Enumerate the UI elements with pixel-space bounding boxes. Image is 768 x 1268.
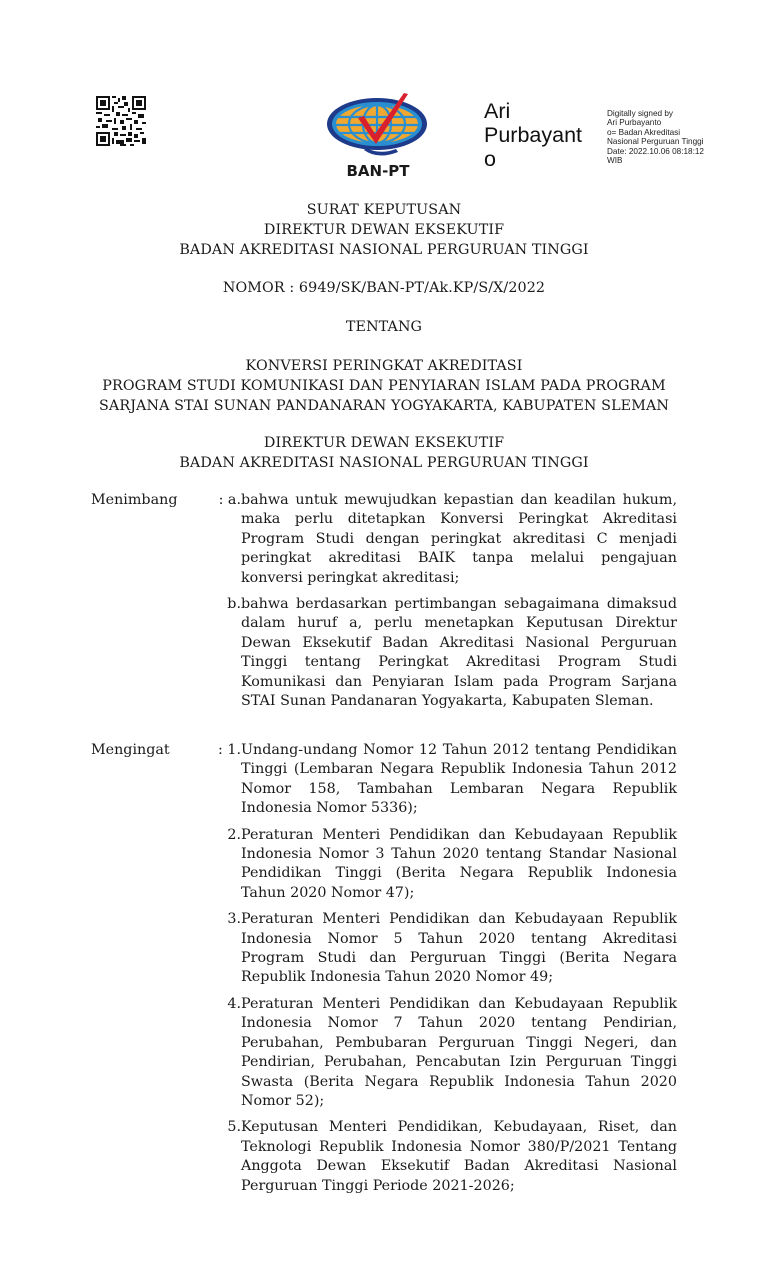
list-item: b. bahwa berdasarkan pertimbangan sebaga… [91,595,677,711]
list-item: 5. Keputusan Menteri Pendidikan, Kebuday… [91,1118,677,1196]
nomor-text: NOMOR : 6949/SK/BAN-PT/Ak.KP/S/X/2022 [0,278,768,298]
item-text: Peraturan Menteri Pendidikan dan Kebuday… [241,995,677,1111]
subject-line: PROGRAM STUDI KOMUNIKASI DAN PENYIARAN I… [0,376,768,396]
document-number: NOMOR : 6949/SK/BAN-PT/Ak.KP/S/X/2022 [0,278,768,298]
director-line: DIREKTUR DEWAN EKSEKUTIF [0,433,768,453]
signature-line: Ari Purbayanto [607,118,704,127]
director-line: BADAN AKREDITASI NASIONAL PERGURUAN TING… [0,453,768,473]
item-marker: : 1. [201,741,241,760]
document-title: SURAT KEPUTUSAN DIREKTUR DEWAN EKSEKUTIF… [0,200,768,260]
signature-line: Nasional Perguruan Tinggi [607,137,704,146]
signature-line: o= Badan Akreditasi [607,128,704,137]
director-heading: DIREKTUR DEWAN EKSEKUTIF BADAN AKREDITAS… [0,433,768,473]
title-line: DIREKTUR DEWAN EKSEKUTIF [0,220,768,240]
digital-signature-details: Digitally signed by Ari Purbayanto o= Ba… [607,109,704,165]
signature-line: WIB [607,156,704,165]
item-marker: 2. [213,826,241,845]
list-item: : a. bahwa untuk mewujudkan kepastian da… [91,491,677,588]
item-marker: 3. [213,910,241,929]
title-line: BADAN AKREDITASI NASIONAL PERGURUAN TING… [0,240,768,260]
list-item: 2. Peraturan Menteri Pendidikan dan Kebu… [91,826,677,904]
qr-code-icon [96,96,146,146]
item-text: bahwa berdasarkan pertimbangan sebagaima… [241,595,677,711]
document-subject: KONVERSI PERINGKAT AKREDITASI PROGRAM ST… [0,356,768,416]
list-item: 3. Peraturan Menteri Pendidikan dan Kebu… [91,910,677,988]
signature-line: Date: 2022.10.06 08:18:12 [607,147,704,156]
signer-name-line: Purbayant [484,123,582,147]
mengingat-section: Mengingat : 1. Undang-undang Nomor 12 Ta… [91,741,677,1196]
item-marker: 5. [213,1118,241,1137]
item-text: Peraturan Menteri Pendidikan dan Kebuday… [241,910,677,988]
logo-text: BAN-PT [346,162,410,180]
subject-line: SARJANA STAI SUNAN PANDANARAN YOGYAKARTA… [0,396,768,416]
signer-name-line: o [484,147,582,171]
signer-name-line: Ari [484,99,582,123]
item-text: Undang-undang Nomor 12 Tahun 2012 tentan… [241,741,677,819]
title-line: SURAT KEPUTUSAN [0,200,768,220]
list-item: : 1. Undang-undang Nomor 12 Tahun 2012 t… [91,741,677,819]
item-text: Peraturan Menteri Pendidikan dan Kebuday… [241,826,677,904]
item-marker: : a. [201,491,241,510]
tentang-text: TENTANG [0,317,768,337]
menimbang-section: Menimbang : a. bahwa untuk mewujudkan ke… [91,491,677,711]
item-marker: b. [213,595,241,614]
list-item: 4. Peraturan Menteri Pendidikan dan Kebu… [91,995,677,1111]
signature-line: Digitally signed by [607,109,704,118]
item-marker: 4. [213,995,241,1014]
subject-line: KONVERSI PERINGKAT AKREDITASI [0,356,768,376]
tentang-heading: TENTANG [0,317,768,337]
item-text: Keputusan Menteri Pendidikan, Kebudayaan… [241,1118,677,1196]
item-text: bahwa untuk mewujudkan kepastian dan kea… [241,491,677,588]
ban-pt-logo: BAN-PT [320,88,438,180]
signer-name: Ari Purbayant o [484,99,582,171]
